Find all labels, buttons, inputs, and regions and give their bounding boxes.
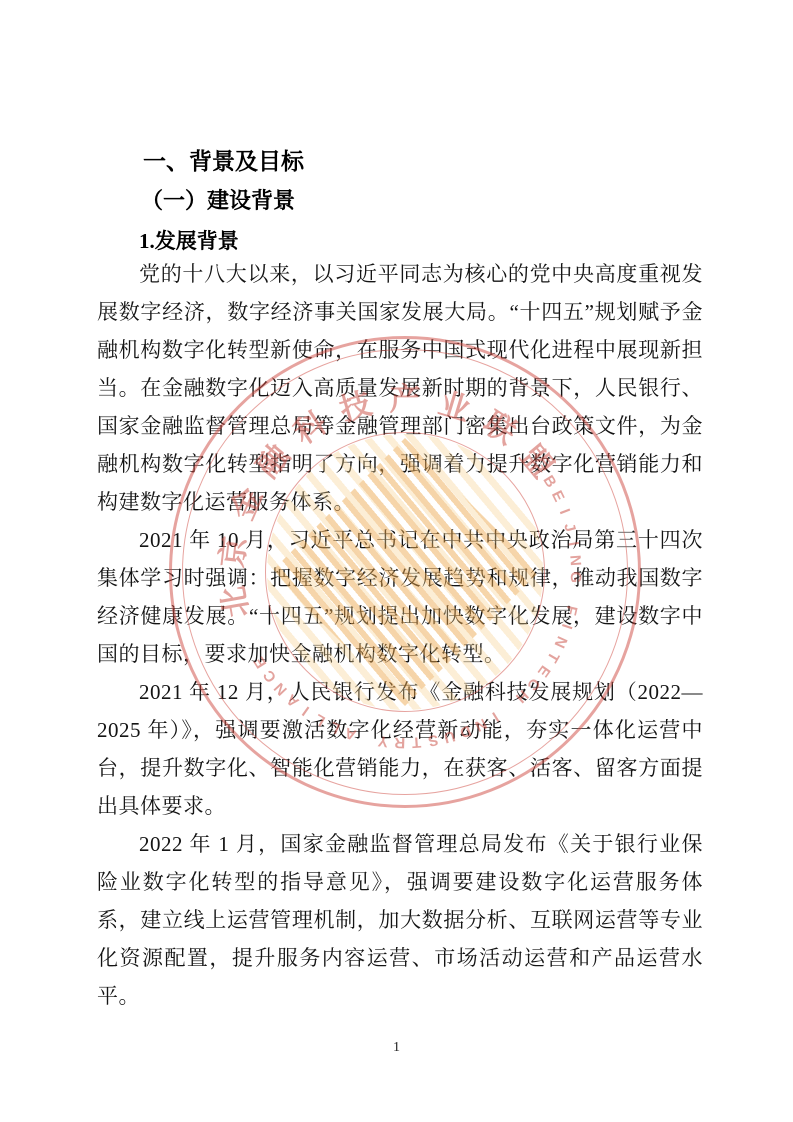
- page-number: 1: [0, 1040, 793, 1056]
- paragraph: 2021 年 10 月，习近平总书记在中共中央政治局第三十四次集体学习时强调：把…: [97, 521, 703, 673]
- paragraph: 2021 年 12 月，人民银行发布《金融科技发展规划（2022—2025 年）…: [97, 673, 703, 825]
- paragraph: 党的十八大以来，以习近平同志为核心的党中央高度重视发展数字经济，数字经济事关国家…: [97, 255, 703, 521]
- document-body: 一、背景及目标 （一）建设背景 1.发展背景 党的十八大以来，以习近平同志为核心…: [97, 146, 703, 1015]
- subsubsection-heading: 1.发展背景: [97, 227, 703, 255]
- document-page: 北京金融科技产业联盟 BEIJING FINTECH INDUSTRY ALLI…: [0, 0, 793, 1122]
- paragraph: 2022 年 1 月，国家金融监督管理总局发布《关于银行业保险业数字化转型的指导…: [97, 825, 703, 1015]
- subsection-heading: （一）建设背景: [97, 186, 703, 216]
- section-heading: 一、背景及目标: [97, 146, 703, 176]
